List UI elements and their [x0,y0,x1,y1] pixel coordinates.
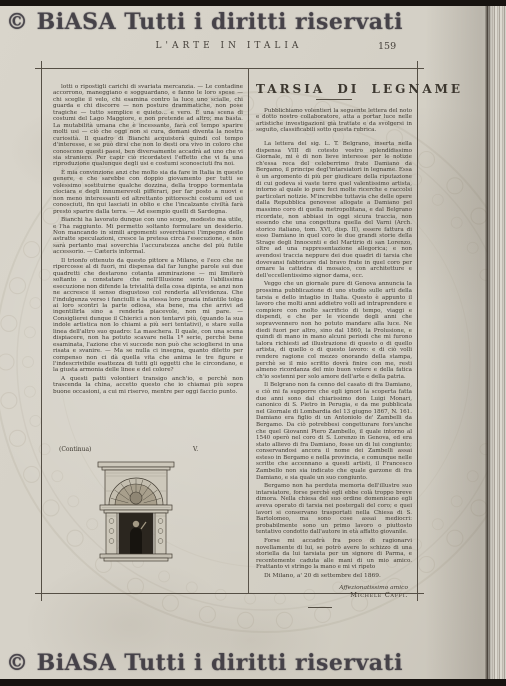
column-divider [248,68,249,593]
scan-bar-top [0,0,506,6]
article-title: TARSIA DI LEGNAME [256,86,412,93]
end-rule [308,607,332,608]
paragraph: lotti o ripostigli carichi di svariata m… [53,84,243,168]
signature-closing: Affezionatissimo amico [256,585,408,592]
scanned-journal-page: { "watermark": { "top": "© BiASA Tutti i… [0,0,506,686]
letter-body: La lettera del sig. L. T. Belgrano, inse… [256,141,412,571]
author-initial: V. [193,446,198,453]
tarsia-portal-engraving [96,461,176,563]
title-rule [316,99,352,100]
paragraph: È mia convinzione anzi che molto sia da … [53,170,243,215]
paragraph: Il trionfo ottenuto da questo pittore a … [53,258,243,374]
letter-paragraph: La lettera del sig. L. T. Belgrano, inse… [256,141,412,279]
continuation-note: (Continua) [59,446,91,453]
letter-paragraph: Bergamo non ha perduta memoria dell'illu… [256,483,412,536]
left-column: lotti o ripostigli carichi di svariata m… [53,84,243,397]
signature-name: Michele Caffi. [256,592,408,599]
frame-line-right [417,61,418,601]
copyright-watermark-bottom: © BiASA Tutti i diritti riservati [6,650,506,676]
scan-bar-bottom [0,679,506,686]
dateline: Di Milano, a' 20 di settembre del 1869. [256,573,412,580]
article-intro: Pubblichiamo volentieri la seguente lett… [256,108,412,134]
copyright-watermark-top: © BiASA Tutti i diritti riservati [6,9,506,35]
right-column: TARSIA DI LEGNAME Pubblichiamo volentier… [256,84,412,608]
book-page-edges [488,0,506,686]
paragraph: Bianchi ha lavorato dunque con uno scopo… [53,217,243,256]
frame-line-top [35,68,424,69]
letter-paragraph: Il Belgrano non fa cenno del casato di f… [256,382,412,481]
letter-paragraph: Forse mi accadrà fra poco di ragionarvi … [256,538,412,571]
frame-line-left [41,61,42,601]
paragraph: A questi patti volontieri transigo anch'… [53,376,243,395]
journal-title: L'ARTE IN ITALIA [41,41,417,51]
page-number: 159 [378,41,396,52]
signature-block: Affezionatissimo amico Michele Caffi. [256,585,412,599]
letter-paragraph: Veggo che un giornale pure di Genova ann… [256,281,412,380]
